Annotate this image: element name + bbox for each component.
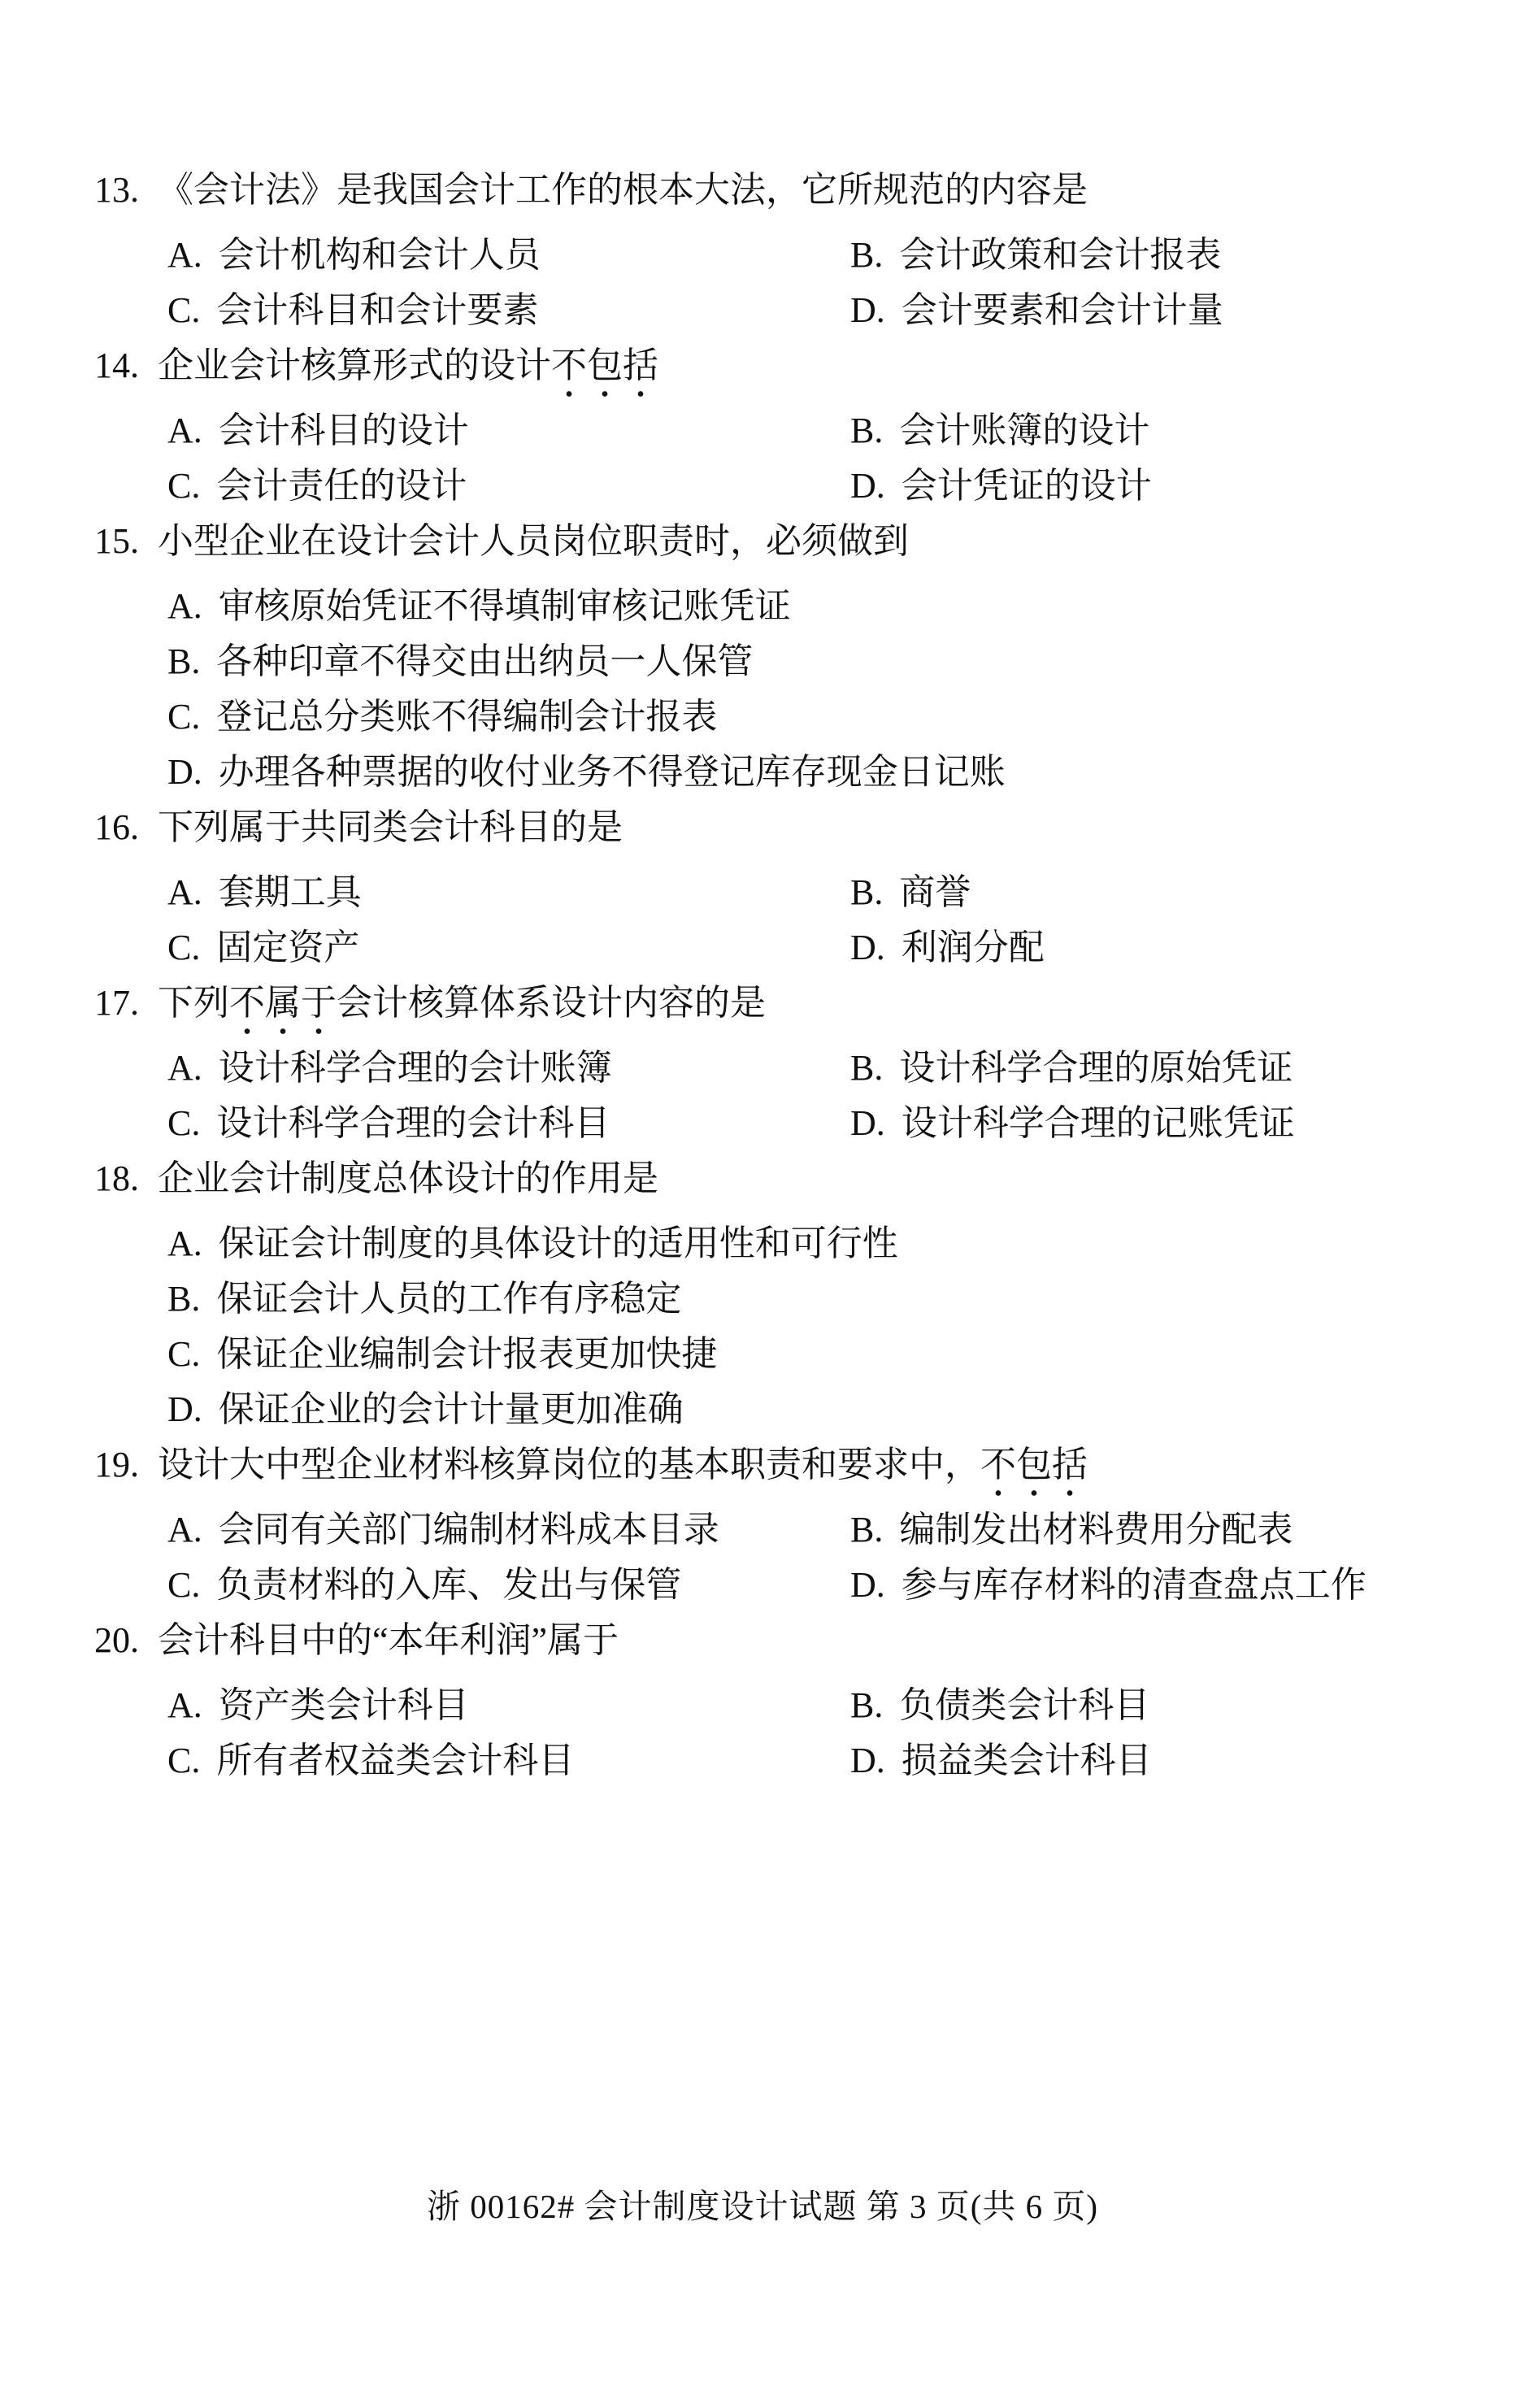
question-stem-text: 下列属于共同类会计科目的是 — [158, 805, 623, 850]
option-c: C.固定资产 — [167, 925, 850, 971]
option-a: A.资产类会计科目 — [167, 1683, 850, 1728]
option-text: 会计科目和会计要素 — [216, 290, 538, 330]
option-text: 各种印章不得交由出纳员一人保管 — [216, 641, 753, 681]
stem-text-post: 会计核算体系设计内容的是 — [337, 983, 766, 1023]
stem-text-pre: 设计大中型企业材料核算岗位的基本职责和要求中， — [158, 1445, 980, 1484]
option-text: 会计责任的设计 — [216, 466, 467, 506]
option-label: A. — [167, 870, 202, 915]
option-b: B.会计账簿的设计 — [850, 408, 1149, 454]
option-text: 保证企业的会计计量更加准确 — [219, 1389, 684, 1429]
question-stem-text: 下列不属于会计核算体系设计内容的是 — [158, 980, 766, 1026]
option-text: 商誉 — [899, 872, 971, 912]
option-label: C. — [167, 1332, 200, 1377]
option-c: C.设计科学合理的会计科目 — [167, 1101, 850, 1146]
option-text: 会计账簿的设计 — [899, 411, 1149, 450]
question-stem-text: 企业会计核算形式的设计不包括 — [158, 343, 658, 389]
question-number: 16. — [94, 805, 158, 850]
options-row: C.保证企业编制会计报表更加快捷 — [94, 1332, 1484, 1377]
option-c: C.会计责任的设计 — [167, 463, 850, 509]
option-text: 负债类会计科目 — [899, 1685, 1149, 1725]
option-text: 编制发出材料费用分配表 — [899, 1510, 1293, 1550]
question-stem: 20. 会计科目中的“本年利润”属于 — [94, 1618, 1484, 1663]
option-label: B. — [167, 639, 200, 685]
option-label: B. — [850, 1507, 883, 1553]
option-text: 负责材料的入库、发出与保管 — [216, 1565, 681, 1605]
question-stem: 14. 企业会计核算形式的设计不包括 — [94, 343, 1484, 389]
option-label: C. — [167, 1101, 200, 1146]
option-text: 登记总分类账不得编制会计报表 — [216, 697, 717, 737]
option-a: A.会同有关部门编制材料成本目录 — [167, 1507, 850, 1553]
options-row: B.各种印章不得交由出纳员一人保管 — [94, 639, 1484, 685]
options-row: A.会计机构和会计人员 B.会计政策和会计报表 — [94, 233, 1484, 278]
option-label: B. — [850, 1683, 883, 1728]
option-label: A. — [167, 408, 202, 454]
option-text: 套期工具 — [219, 872, 362, 912]
questions-list: 13. 《会计法》是我国会计工作的根本大法，它所规范的内容是 A.会计机构和会计… — [0, 0, 1525, 1784]
stem-text-pre: 企业会计制度总体设计的作用是 — [158, 1158, 658, 1198]
option-label: D. — [850, 288, 885, 333]
option-text: 设计科学合理的会计科目 — [216, 1103, 610, 1143]
option-c: C.所有者权益类会计科目 — [167, 1738, 850, 1784]
question-number: 13. — [94, 167, 158, 213]
option-label: C. — [167, 288, 200, 333]
question-14: 14. 企业会计核算形式的设计不包括 A.会计科目的设计 B.会计账簿的设计 C… — [94, 343, 1484, 509]
option-text: 会计科目的设计 — [219, 411, 469, 450]
option-label: A. — [167, 584, 202, 629]
question-stem: 18. 企业会计制度总体设计的作用是 — [94, 1156, 1484, 1202]
question-18: 18. 企业会计制度总体设计的作用是 A.保证会计制度的具体设计的适用性和可行性… — [94, 1156, 1484, 1432]
options-row: C.固定资产 D.利润分配 — [94, 925, 1484, 971]
stem-text-pre: 会计科目中的“本年利润”属于 — [158, 1620, 619, 1660]
option-b: B.商誉 — [850, 870, 971, 915]
option-label: C. — [167, 1738, 200, 1784]
question-stem: 15. 小型企业在设计会计人员岗位职责时，必须做到 — [94, 519, 1484, 564]
option-c: C.保证企业编制会计报表更加快捷 — [167, 1332, 717, 1377]
option-b: B.设计科学合理的原始凭证 — [850, 1045, 1293, 1091]
question-16: 16. 下列属于共同类会计科目的是 A.套期工具 B.商誉 C.固定资产 D.利… — [94, 805, 1484, 971]
option-label: B. — [850, 870, 883, 915]
option-label: C. — [167, 694, 200, 740]
option-text: 损益类会计科目 — [902, 1741, 1152, 1780]
options-row: A.保证会计制度的具体设计的适用性和可行性 — [94, 1221, 1484, 1267]
option-label: B. — [167, 1276, 200, 1322]
stem-text-emphasized: 不属于 — [229, 983, 337, 1036]
question-13: 13. 《会计法》是我国会计工作的根本大法，它所规范的内容是 A.会计机构和会计… — [94, 167, 1484, 333]
question-stem-text: 《会计法》是我国会计工作的根本大法，它所规范的内容是 — [158, 167, 1088, 213]
exam-page: 13. 《会计法》是我国会计工作的根本大法，它所规范的内容是 A.会计机构和会计… — [0, 0, 1525, 2408]
options-row: C.所有者权益类会计科目 D.损益类会计科目 — [94, 1738, 1484, 1784]
option-label: D. — [850, 1101, 885, 1146]
option-text: 设计科学合理的记账凭证 — [902, 1103, 1295, 1143]
option-text: 会计政策和会计报表 — [899, 235, 1221, 275]
option-a: A.套期工具 — [167, 870, 850, 915]
options-row: A.会同有关部门编制材料成本目录 B.编制发出材料费用分配表 — [94, 1507, 1484, 1553]
option-label: A. — [167, 233, 202, 278]
question-15: 15. 小型企业在设计会计人员岗位职责时，必须做到 A.审核原始凭证不得填制审核… — [94, 519, 1484, 795]
option-d: D.办理各种票据的收付业务不得登记库存现金日记账 — [167, 750, 1006, 795]
option-a: A.审核原始凭证不得填制审核记账凭证 — [167, 584, 791, 629]
option-text: 利润分配 — [902, 928, 1045, 967]
option-label: D. — [850, 463, 885, 509]
question-stem: 19. 设计大中型企业材料核算岗位的基本职责和要求中，不包括 — [94, 1442, 1484, 1488]
option-label: D. — [850, 925, 885, 971]
options-row: A.审核原始凭证不得填制审核记账凭证 — [94, 584, 1484, 629]
options-row: D.保证企业的会计计量更加准确 — [94, 1387, 1484, 1432]
question-stem: 16. 下列属于共同类会计科目的是 — [94, 805, 1484, 850]
option-label: C. — [167, 463, 200, 509]
option-text: 会计要素和会计计量 — [902, 290, 1223, 330]
options-row: D.办理各种票据的收付业务不得登记库存现金日记账 — [94, 750, 1484, 795]
options-row: C.负责材料的入库、发出与保管 D.参与库存材料的清查盘点工作 — [94, 1563, 1484, 1608]
stem-text-pre: 下列 — [158, 983, 229, 1023]
question-stem: 13. 《会计法》是我国会计工作的根本大法，它所规范的内容是 — [94, 167, 1484, 213]
option-label: B. — [850, 233, 883, 278]
option-d: D.保证企业的会计计量更加准确 — [167, 1387, 684, 1432]
option-d: D.利润分配 — [850, 925, 1045, 971]
question-stem-text: 小型企业在设计会计人员岗位职责时，必须做到 — [158, 519, 909, 564]
option-text: 固定资产 — [216, 928, 359, 967]
option-text: 保证会计制度的具体设计的适用性和可行性 — [219, 1224, 898, 1263]
option-c: C.会计科目和会计要素 — [167, 288, 850, 333]
question-stem-text: 会计科目中的“本年利润”属于 — [158, 1618, 619, 1663]
stem-text-emphasized: 不包括 — [980, 1445, 1088, 1497]
option-d: D.参与库存材料的清查盘点工作 — [850, 1563, 1366, 1608]
option-label: C. — [167, 925, 200, 971]
option-label: B. — [850, 408, 883, 454]
options-row: A.套期工具 B.商誉 — [94, 870, 1484, 915]
option-text: 会计凭证的设计 — [902, 466, 1152, 506]
question-number: 17. — [94, 980, 158, 1026]
options-row: C.登记总分类账不得编制会计报表 — [94, 694, 1484, 740]
option-text: 办理各种票据的收付业务不得登记库存现金日记账 — [219, 752, 1006, 792]
option-text: 所有者权益类会计科目 — [216, 1741, 574, 1780]
option-b: B.各种印章不得交由出纳员一人保管 — [167, 639, 753, 685]
stem-text-pre: 下列属于共同类会计科目的是 — [158, 807, 623, 847]
stem-text-pre: 《会计法》是我国会计工作的根本大法，它所规范的内容是 — [158, 170, 1088, 210]
option-c: C.负责材料的入库、发出与保管 — [167, 1563, 850, 1608]
option-a: A.会计科目的设计 — [167, 408, 850, 454]
options-row: A.资产类会计科目 B.负债类会计科目 — [94, 1683, 1484, 1728]
option-label: D. — [167, 750, 202, 795]
option-label: D. — [850, 1563, 885, 1608]
options-row: A.设计科学合理的会计账簿 B.设计科学合理的原始凭证 — [94, 1045, 1484, 1091]
option-label: A. — [167, 1683, 202, 1728]
option-text: 保证企业编制会计报表更加快捷 — [216, 1334, 717, 1374]
option-label: A. — [167, 1045, 202, 1091]
options-row: C.设计科学合理的会计科目 D.设计科学合理的记账凭证 — [94, 1101, 1484, 1146]
option-label: B. — [850, 1045, 883, 1091]
option-label: A. — [167, 1221, 202, 1267]
option-a: A.设计科学合理的会计账簿 — [167, 1045, 850, 1091]
question-20: 20. 会计科目中的“本年利润”属于 A.资产类会计科目 B.负债类会计科目 C… — [94, 1618, 1484, 1784]
option-d: D.设计科学合理的记账凭证 — [850, 1101, 1295, 1146]
option-label: D. — [167, 1387, 202, 1432]
option-d: D.会计凭证的设计 — [850, 463, 1152, 509]
option-a: A.会计机构和会计人员 — [167, 233, 850, 278]
option-label: A. — [167, 1507, 202, 1553]
question-stem: 17. 下列不属于会计核算体系设计内容的是 — [94, 980, 1484, 1026]
option-text: 会同有关部门编制材料成本目录 — [219, 1510, 719, 1550]
stem-text-pre: 企业会计核算形式的设计 — [158, 346, 551, 385]
option-d: D.损益类会计科目 — [850, 1738, 1152, 1784]
options-row: A.会计科目的设计 B.会计账簿的设计 — [94, 408, 1484, 454]
question-number: 14. — [94, 343, 158, 389]
options-row: C.会计科目和会计要素 D.会计要素和会计计量 — [94, 288, 1484, 333]
option-d: D.会计要素和会计计量 — [850, 288, 1223, 333]
question-number: 18. — [94, 1156, 158, 1202]
question-19: 19. 设计大中型企业材料核算岗位的基本职责和要求中，不包括 A.会同有关部门编… — [94, 1442, 1484, 1608]
question-stem-text: 企业会计制度总体设计的作用是 — [158, 1156, 658, 1202]
stem-text-emphasized: 不包括 — [551, 346, 658, 398]
stem-text-pre: 小型企业在设计会计人员岗位职责时，必须做到 — [158, 521, 909, 561]
option-text: 资产类会计科目 — [219, 1685, 469, 1725]
option-label: C. — [167, 1563, 200, 1608]
option-text: 会计机构和会计人员 — [219, 235, 541, 275]
page-footer: 浙 00162# 会计制度设计试题 第 3 页(共 6 页) — [0, 2185, 1525, 2228]
question-stem-text: 设计大中型企业材料核算岗位的基本职责和要求中，不包括 — [158, 1442, 1088, 1488]
option-text: 设计科学合理的会计账簿 — [219, 1048, 612, 1088]
option-label: D. — [850, 1738, 885, 1784]
option-c: C.登记总分类账不得编制会计报表 — [167, 694, 717, 740]
option-text: 保证会计人员的工作有序稳定 — [216, 1279, 681, 1319]
option-a: A.保证会计制度的具体设计的适用性和可行性 — [167, 1221, 898, 1267]
question-17: 17. 下列不属于会计核算体系设计内容的是 A.设计科学合理的会计账簿 B.设计… — [94, 980, 1484, 1146]
options-row: C.会计责任的设计 D.会计凭证的设计 — [94, 463, 1484, 509]
option-b: B.会计政策和会计报表 — [850, 233, 1221, 278]
option-b: B.保证会计人员的工作有序稳定 — [167, 1276, 681, 1322]
option-text: 设计科学合理的原始凭证 — [899, 1048, 1293, 1088]
question-number: 15. — [94, 519, 158, 564]
option-text: 参与库存材料的清查盘点工作 — [902, 1565, 1366, 1605]
option-b: B.负债类会计科目 — [850, 1683, 1149, 1728]
options-row: B.保证会计人员的工作有序稳定 — [94, 1276, 1484, 1322]
question-number: 19. — [94, 1442, 158, 1488]
option-b: B.编制发出材料费用分配表 — [850, 1507, 1293, 1553]
question-number: 20. — [94, 1618, 158, 1663]
option-text: 审核原始凭证不得填制审核记账凭证 — [219, 586, 791, 626]
